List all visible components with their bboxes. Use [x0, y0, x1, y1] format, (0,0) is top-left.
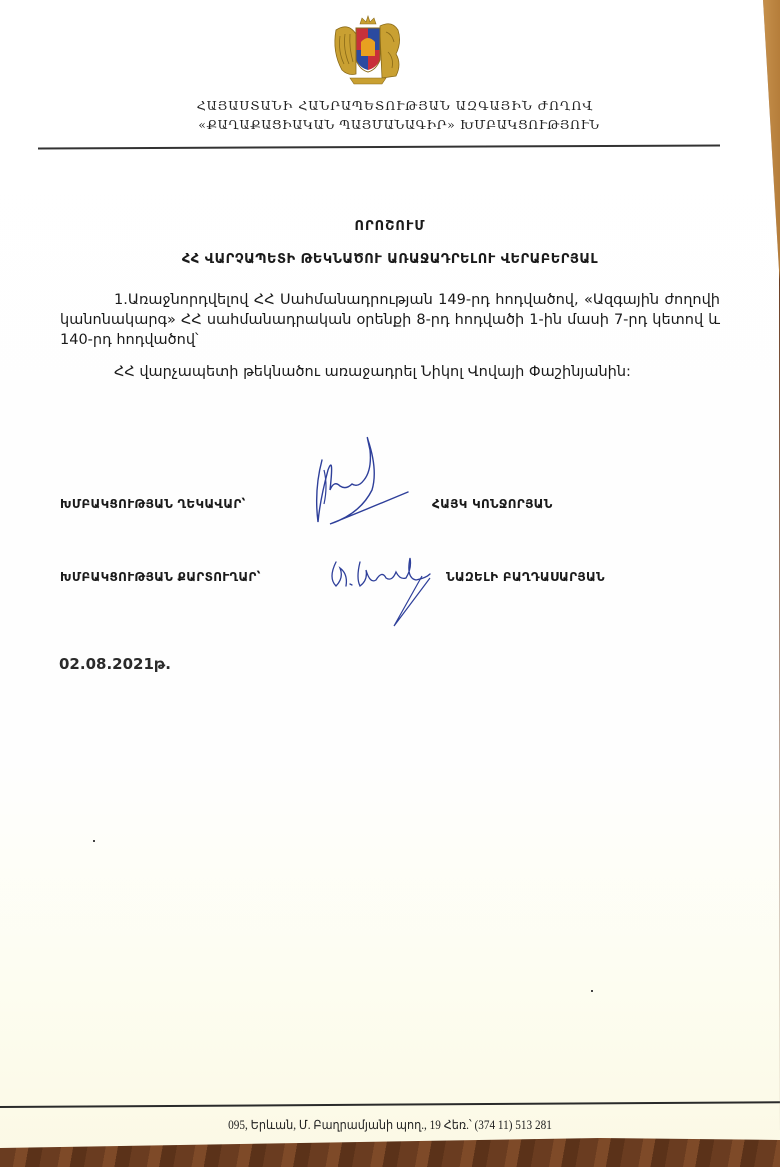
body-paragraph-1: 1.Առաջնորդվելով ՀՀ Սահմանադրության 149-ր…	[60, 290, 720, 350]
signature-title-faction-head: ԽՄԲԱԿՑՈՒԹՅԱՆ ՂԵԿԱՎԱՐ՝	[60, 497, 246, 511]
signature-name-faction-secretary: ՆԱԶԵԼԻ ԲԱՂԴԱՍԱՐՅԱՆ	[446, 570, 605, 584]
armenia-coat-of-arms-icon	[330, 12, 406, 88]
paper-speck	[93, 840, 95, 842]
document-subtitle: ՀՀ ՎԱՐՉԱՊԵՏԻ ԹԵԿՆԱԾՈՒ ԱՌԱՋԱԴՐԵԼՈՒ ՎԵՐԱԲԵ…	[0, 252, 780, 267]
footer-address: 095, Երևան, Մ. Բաղրամյանի պող., 19 Հեռ.՝…	[39, 1117, 741, 1133]
document-date: 02.08.2021թ.	[59, 655, 171, 673]
paper-speck	[591, 990, 593, 992]
header-divider	[38, 145, 720, 149]
document-page: ՀԱՅԱՍՏԱՆԻ ՀԱՆՐԱՊԵՏՈՒԹՅԱՆ ԱԶԳԱՅԻՆ ԺՈՂՈՎ «…	[0, 0, 780, 1167]
body-paragraph-2: ՀՀ վարչապետի թեկնածու առաջադրել Նիկոլ Վո…	[114, 364, 631, 380]
handwritten-signature-icon	[300, 430, 410, 526]
org-line-faction: «ՔԱՂԱՔԱՑԻԱԿԱՆ ՊԱՅՄԱՆԱԳԻՐ» ԽՄԲԱԿՑՈՒԹՅՈՒՆ	[0, 117, 780, 132]
signature-title-faction-secretary: ԽՄԲԱԿՑՈՒԹՅԱՆ ՔԱՐՏՈՒՂԱՐ՝	[60, 570, 261, 584]
handwritten-signature-icon	[326, 548, 446, 628]
signature-name-faction-head: ՀԱՅԿ ԿՈՆՋՈՐՅԱՆ	[432, 497, 553, 511]
org-line-parliament: ՀԱՅԱՍՏԱՆԻ ՀԱՆՐԱՊԵՏՈՒԹՅԱՆ ԱԶԳԱՅԻՆ ԺՈՂՈՎ	[0, 98, 780, 113]
footer-divider	[0, 1101, 780, 1108]
document-title: ՈՐՈՇՈՒՄ	[0, 219, 780, 234]
